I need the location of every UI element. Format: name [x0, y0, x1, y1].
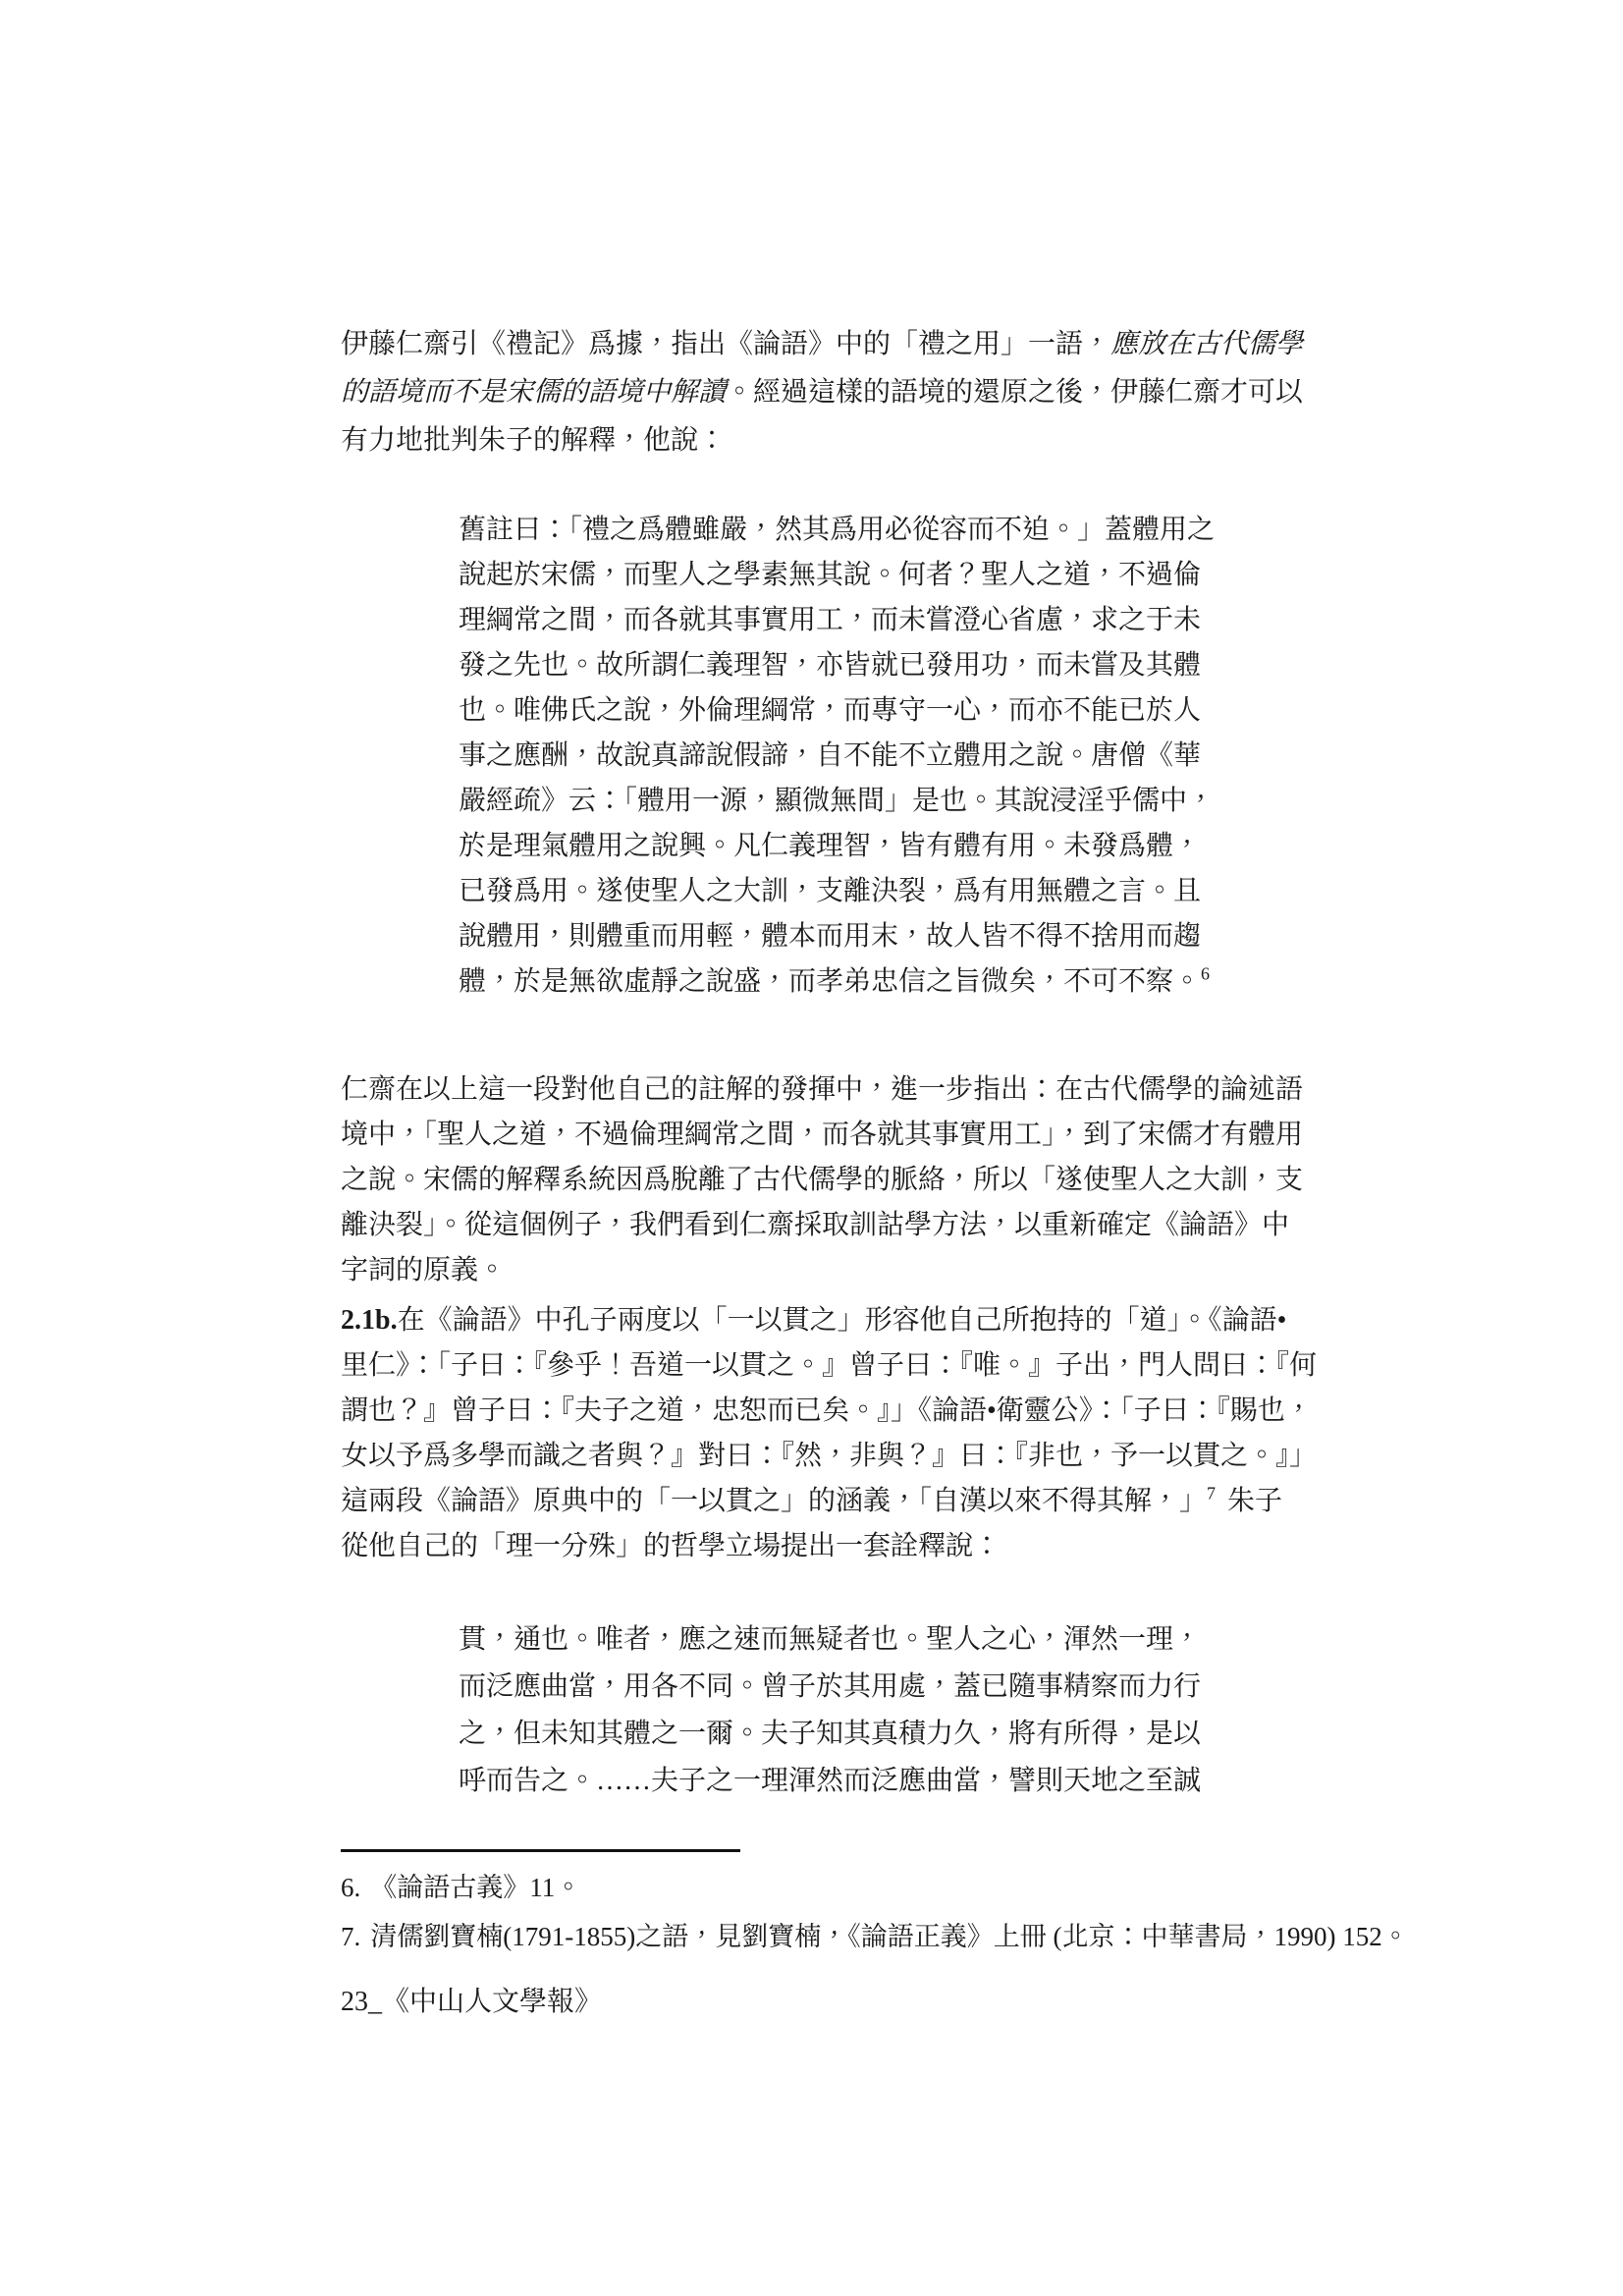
quote-line: 體，於是無欲虛靜之說盛，而孝弟忠信之旨微矣，不可不察。6 — [459, 959, 1244, 1005]
text-line: 的語境而不是宋儒的語境中解讀。經過這樣的語境的還原之後，伊藤仁齋才可以 — [341, 368, 1323, 416]
body-text: 在《論語》中孔子兩度以「一以貫之」形容他自己所抱持的「道」。《論語• — [398, 1305, 1287, 1336]
footnote-7: 7.清儒劉寶楠(1791-1855)之語，見劉寶楠，《論語正義》上冊 (北京：中… — [341, 1912, 1401, 1961]
body-text: 伊藤仁齋引《禮記》爲據，指出《論語》中的「禮之用」一語， — [341, 329, 1110, 359]
text-line: 伊藤仁齋引《禮記》爲據，指出《論語》中的「禮之用」一語，應放在古代儒學 — [341, 320, 1323, 368]
paragraph-2: 仁齋在以上這一段對他自己的註解的發揮中，進一步指出：在古代儒學的論述語 境中，「… — [341, 1067, 1323, 1293]
emphasis-kai-text: 應放在古代儒學 — [1110, 329, 1303, 359]
quote-line: 舊註曰：「禮之爲體雖嚴，然其爲用必從容而不迫。」蓋體用之 — [459, 508, 1244, 553]
quote-line: 說起於宋儒，而聖人之學素無其說。何者？聖人之道，不過倫 — [459, 553, 1244, 598]
page-footer: 23_《中山人文學報》 — [341, 1986, 602, 2019]
section-label: 2.1b. — [341, 1305, 398, 1336]
quote-line: 嚴經疏》云：「體用一源，顯微無間」是也。其說浸淫乎儒中， — [459, 779, 1244, 824]
text-line: 女以予爲多學而識之者與？』對曰：『然，非與？』曰：『非也，予一以貫之。』」 — [341, 1434, 1323, 1479]
text-line: 仁齋在以上這一段對他自己的註解的發揮中，進一步指出：在古代儒學的論述語 — [341, 1067, 1323, 1113]
body-text: 這兩段《論語》原典中的「一以貫之」的涵義，「自漢以來不得其解，」 — [341, 1486, 1207, 1516]
quote-line: 也。唯佛氏之說，外倫理綱常，而專守一心，而亦不能已於人 — [459, 688, 1244, 734]
emphasis-kai-text: 的語境而不是宋儒的語境中解讀 — [341, 377, 726, 408]
footnote-number: 6. — [341, 1863, 360, 1912]
quote-line: 發之先也。故所謂仁義理智，亦皆就已發用功，而未嘗及其體 — [459, 643, 1244, 688]
text-line: 里仁》：「子曰：『參乎！吾道一以貫之。』曾子曰：『唯。』子出，門人問曰：『何 — [341, 1343, 1323, 1389]
footnote-6: 6.《論語古義》11。 — [341, 1863, 1401, 1912]
quote-line: 於是理氣體用之說興。凡仁義理智，皆有體有用。未發爲體， — [459, 824, 1244, 869]
block-quote-2: 貫，通也。唯者，應之速而無疑者也。聖人之心，渾然一理， 而泛應曲當，用各不同。曾… — [459, 1616, 1244, 1805]
quote-text: 體，於是無欲虛靜之說盛，而孝弟忠信之旨微矣，不可不察。 — [459, 966, 1201, 997]
quote-line: 事之應酬，故說真諦說假諦，自不能不立體用之說。唐僧《華 — [459, 734, 1244, 779]
quote-line: 而泛應曲當，用各不同。曾子於其用處，蓋已隨事精察而力行 — [459, 1664, 1244, 1711]
body-text: 。經過這樣的語境的還原之後，伊藤仁齋才可以 — [726, 377, 1303, 408]
footnote-separator — [341, 1849, 740, 1852]
paragraph-3-section-2-1b: 2.1b.在《論語》中孔子兩度以「一以貫之」形容他自己所抱持的「道」。《論語• … — [341, 1298, 1323, 1569]
paragraph-1: 伊藤仁齋引《禮記》爲據，指出《論語》中的「禮之用」一語，應放在古代儒學 的語境而… — [341, 320, 1323, 465]
quote-line: 貫，通也。唯者，應之速而無疑者也。聖人之心，渾然一理， — [459, 1616, 1244, 1664]
footnote-text: 《論語古義》11。 — [370, 1873, 581, 1902]
text-line: 2.1b.在《論語》中孔子兩度以「一以貫之」形容他自己所抱持的「道」。《論語• — [341, 1298, 1323, 1343]
page-number-journal-title: 23_《中山人文學報》 — [341, 1987, 602, 2017]
quote-line: 已發爲用。遂使聖人之大訓，支離決裂，爲有用無體之言。且 — [459, 869, 1244, 914]
quote-line: 之，但未知其體之一爾。夫子知其真積力久，將有所得，是以 — [459, 1711, 1244, 1758]
text-line: 有力地批判朱子的解釋，他說： — [341, 416, 1323, 465]
quote-line: 理綱常之間，而各就其事實用工，而未嘗澄心省慮，求之于未 — [459, 598, 1244, 643]
text-line: 這兩段《論語》原典中的「一以貫之」的涵義，「自漢以來不得其解，」7朱子 — [341, 1479, 1323, 1524]
document-page: 伊藤仁齋引《禮記》爲據，指出《論語》中的「禮之用」一語，應放在古代儒學 的語境而… — [0, 0, 1623, 2296]
footnote-text: 清儒劉寶楠(1791-1855)之語，見劉寶楠，《論語正義》上冊 (北京：中華書… — [370, 1922, 1408, 1951]
footnote-number: 7. — [341, 1912, 360, 1961]
text-line: 字詞的原義。 — [341, 1248, 1323, 1293]
text-line: 從他自己的「理一分殊」的哲學立場提出一套詮釋說： — [341, 1524, 1323, 1569]
footnotes: 6.《論語古義》11。 7.清儒劉寶楠(1791-1855)之語，見劉寶楠，《論… — [341, 1863, 1401, 1961]
text-line: 之說。宋儒的解釋系統因爲脫離了古代儒學的脈絡，所以「遂使聖人之大訓，支 — [341, 1158, 1323, 1203]
body-text: 朱子 — [1227, 1486, 1282, 1516]
text-line: 境中，「聖人之道，不過倫理綱常之間，而各就其事實用工」，到了宋儒才有體用 — [341, 1113, 1323, 1158]
text-line: 離決裂」。從這個例子，我們看到仁齋採取訓詁學方法，以重新確定《論語》中 — [341, 1203, 1323, 1248]
footnote-ref-7: 7 — [1207, 1484, 1216, 1503]
block-quote-1: 舊註曰：「禮之爲體雖嚴，然其爲用必從容而不迫。」蓋體用之 說起於宋儒，而聖人之學… — [459, 508, 1244, 1005]
text-line: 謂也？』曾子曰：『夫子之道，忠恕而已矣。』」《論語•衛靈公》：「子曰：『賜也， — [341, 1389, 1323, 1434]
footnote-ref-6: 6 — [1201, 964, 1210, 984]
quote-line: 說體用，則體重而用輕，體本而用末，故人皆不得不捨用而趨 — [459, 914, 1244, 959]
quote-line: 呼而告之。……夫子之一理渾然而泛應曲當，譬則天地之至誠 — [459, 1758, 1244, 1805]
